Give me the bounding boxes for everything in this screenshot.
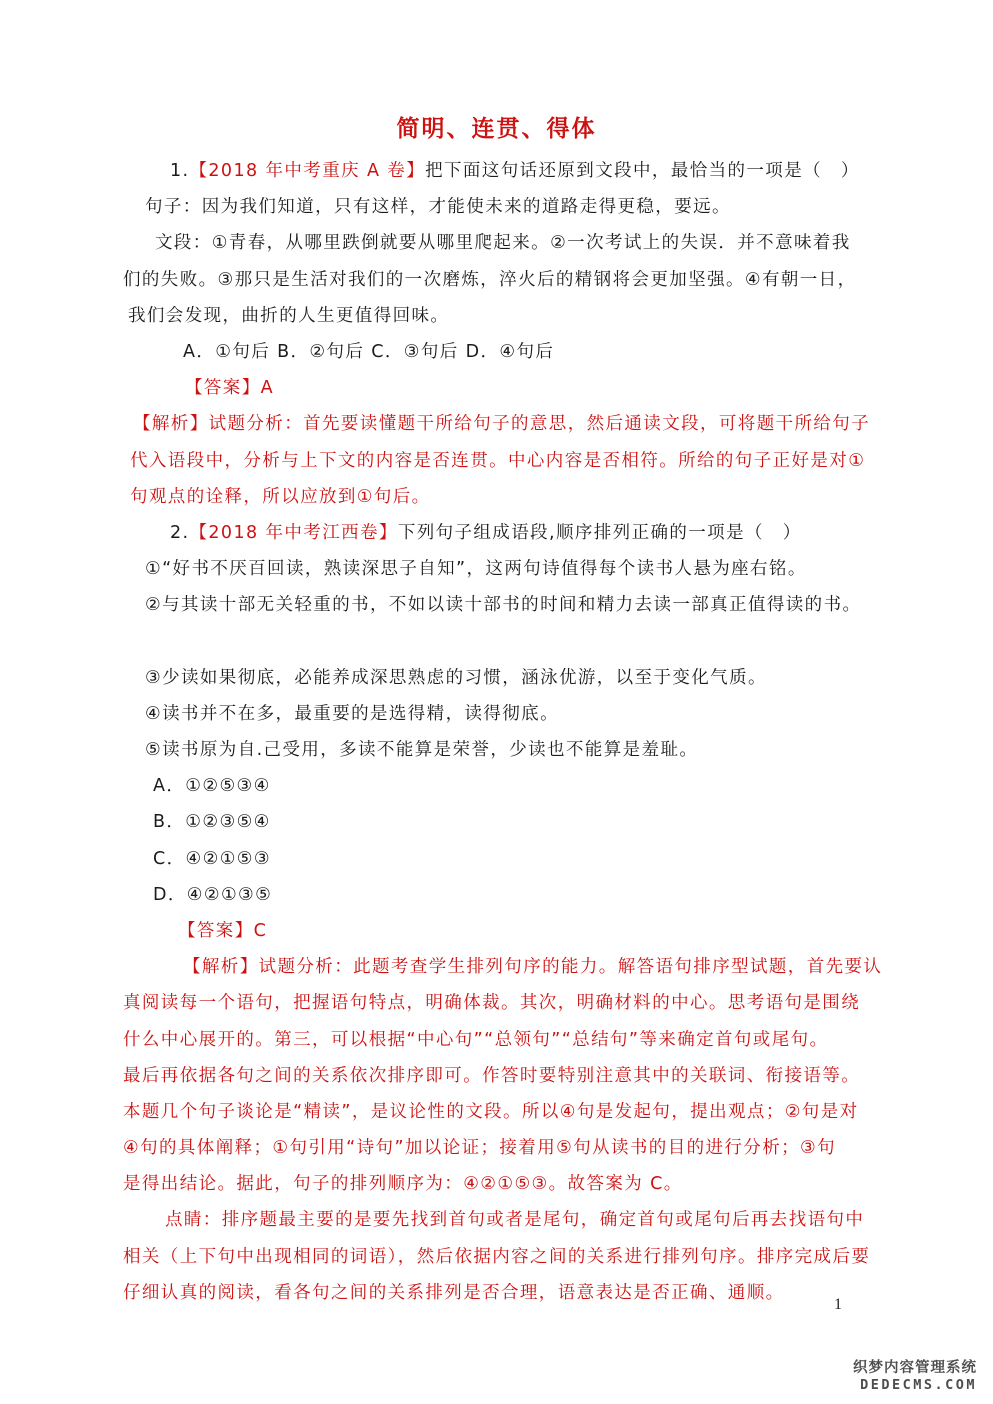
text-line: 我们会发现，曲折的人生更值得回味。 <box>123 298 883 334</box>
text-line: ④读书并不在多，最重要的是选得精，读得彻底。 <box>123 696 883 732</box>
text-segment: 句子：因为我们知道，只有这样，才能使未来的道路走得更稳，要远。 <box>145 197 731 217</box>
blank-line <box>123 623 883 659</box>
text-line: ④句的具体阐释；①句引用“诗句”加以论证；接着用⑤句从读书的目的进行分析；③句 <box>123 1130 883 1166</box>
text-line: 文段：①青春，从哪里跌倒就要从哪里爬起来。②一次考试上的失误．并不意味着我 <box>123 225 883 261</box>
text-line: 句观点的诠释，所以应放到①句后。 <box>123 479 883 515</box>
text-line: ⑤读书原为自.己受用，多读不能算是荣誉，少读也不能算是羞耻。 <box>123 732 883 768</box>
text-line: 真阅读每一个语句，把握语句特点，明确体裁。其次，明确材料的中心。思考语句是围绕 <box>123 985 883 1021</box>
text-line: 【答案】C <box>123 913 883 949</box>
text-segment: D．④②①③⑤ <box>153 885 272 905</box>
text-segment: 本题几个句子谈论是“精读”，是议论性的文段。所以④句是发起句，提出观点；②句是对 <box>123 1102 859 1122</box>
text-segment: ③少读如果彻底，必能养成深思熟虑的习惯，涵泳优游，以至于变化气质。 <box>145 668 767 688</box>
text-segment: ①“好书不厌百回读，熟读深思子自知”，这两句诗值得每个读书人悬为座右铭。 <box>145 559 807 579</box>
text-segment: ⑤读书原为自.己受用，多读不能算是荣誉，少读也不能算是羞耻。 <box>145 740 698 760</box>
text-line: D．④②①③⑤ <box>123 877 883 913</box>
watermark-chinese: 织梦内容管理系统 <box>853 1360 977 1377</box>
text-line: 1.【2018 年中考重庆 A 卷】把下面这句话还原到文段中，最恰当的一项是（ … <box>123 153 883 189</box>
watermark-domain: DEDECMS.COM <box>853 1377 977 1394</box>
text-segment: 是得出结论。据此，句子的排列顺序为：④②①⑤③。故答案为 C。 <box>123 1174 683 1194</box>
text-segment: 【2018 年中考江西卷】 <box>190 523 398 543</box>
document-page: 简明、连贯、得体 1.【2018 年中考重庆 A 卷】把下面这句话还原到文段中，… <box>0 0 993 1404</box>
watermark: 织梦内容管理系统 DEDECMS.COM <box>853 1360 977 1394</box>
text-segment: A．①②⑤③④ <box>153 776 271 796</box>
text-segment: A．①句后 B．②句后 C．③句后 D．④句后 <box>183 342 554 362</box>
text-segment: 【答案】C <box>178 921 267 941</box>
text-segment: 代入语段中，分析与上下文的内容是否连贯。中心内容是否相符。所给的句子正好是对① <box>130 451 865 471</box>
text-line: ①“好书不厌百回读，熟读深思子自知”，这两句诗值得每个读书人悬为座右铭。 <box>123 551 883 587</box>
text-segment: 【解析】试题分析：此题考查学生排列句序的能力。解答语句排序型试题，首先要认 <box>183 957 882 977</box>
text-line: 仔细认真的阅读，看各句之间的关系排列是否合理，语意表达是否正确、通顺。 <box>123 1275 883 1311</box>
text-segment: 什么中心展开的。第三，可以根据“中心句”“总领句”“总结句”等来确定首句或尾句。 <box>123 1030 828 1050</box>
page-title: 简明、连贯、得体 <box>0 110 993 143</box>
text-segment: B．①②③⑤④ <box>153 812 271 832</box>
text-line: A．①句后 B．②句后 C．③句后 D．④句后 <box>123 334 883 370</box>
text-line: 【答案】A <box>123 370 883 406</box>
text-line: 什么中心展开的。第三，可以根据“中心句”“总领句”“总结句”等来确定首句或尾句。 <box>123 1022 883 1058</box>
text-segment: 句观点的诠释，所以应放到①句后。 <box>130 487 431 507</box>
text-line: 本题几个句子谈论是“精读”，是议论性的文段。所以④句是发起句，提出观点；②句是对 <box>123 1094 883 1130</box>
text-line: 是得出结论。据此，句子的排列顺序为：④②①⑤③。故答案为 C。 <box>123 1166 883 1202</box>
text-line: C．④②①⑤③ <box>123 841 883 877</box>
text-line: 相关（上下句中出现相同的词语），然后依据内容之间的关系进行排列句序。排序完成后要 <box>123 1239 883 1275</box>
page-number: 1 <box>818 1296 858 1314</box>
text-segment: 【答案】A <box>185 378 274 398</box>
text-line: 【解析】试题分析：首先要读懂题干所给句子的意思，然后通读文段，可将题干所给句子 <box>123 406 883 442</box>
text-segment: ②与其读十部无关轻重的书，不如以读十部书的时间和精力去读一部真正值得读的书。 <box>145 595 861 615</box>
text-line: ②与其读十部无关轻重的书，不如以读十部书的时间和精力去读一部真正值得读的书。 <box>123 587 883 623</box>
text-segment: 【解析】试题分析：首先要读懂题干所给句子的意思，然后通读文段，可将题干所给句子 <box>133 414 870 434</box>
document-body: 1.【2018 年中考重庆 A 卷】把下面这句话还原到文段中，最恰当的一项是（ … <box>123 153 883 1311</box>
text-line: B．①②③⑤④ <box>123 804 883 840</box>
text-line: ③少读如果彻底，必能养成深思熟虑的习惯，涵泳优游，以至于变化气质。 <box>123 660 883 696</box>
text-segment: 们的失败。③那只是生活对我们的一次磨炼，淬火后的精钢将会更加坚强。④有朝一日， <box>123 270 856 290</box>
text-segment: 把下面这句话还原到文段中，最恰当的一项是（ ） <box>425 161 860 181</box>
text-segment: 1. <box>170 161 190 181</box>
text-line: A．①②⑤③④ <box>123 768 883 804</box>
text-line: 句子：因为我们知道，只有这样，才能使未来的道路走得更稳，要远。 <box>123 189 883 225</box>
text-segment: 2. <box>170 523 190 543</box>
text-segment: C．④②①⑤③ <box>153 849 271 869</box>
text-line: 点睛：排序题最主要的是要先找到首句或者是尾句，确定首句或尾句后再去找语句中 <box>123 1202 883 1238</box>
text-line: 们的失败。③那只是生活对我们的一次磨炼，淬火后的精钢将会更加坚强。④有朝一日， <box>123 262 883 298</box>
text-line: 最后再依据各句之间的关系依次排序即可。作答时要特别注意其中的关联词、衔接语等。 <box>123 1058 883 1094</box>
text-line: 【解析】试题分析：此题考查学生排列句序的能力。解答语句排序型试题，首先要认 <box>123 949 883 985</box>
text-segment: 仔细认真的阅读，看各句之间的关系排列是否合理，语意表达是否正确、通顺。 <box>123 1283 785 1303</box>
text-segment: 【2018 年中考重庆 A 卷】 <box>190 161 426 181</box>
text-segment: ④句的具体阐释；①句引用“诗句”加以论证；接着用⑤句从读书的目的进行分析；③句 <box>123 1138 836 1158</box>
text-segment: 我们会发现，曲折的人生更值得回味。 <box>128 306 449 326</box>
text-segment: 下列句子组成语段,顺序排列正确的一项是（ ） <box>398 523 802 543</box>
text-segment: 文段：①青春，从哪里跌倒就要从哪里爬起来。②一次考试上的失误．并不意味着我 <box>155 233 851 253</box>
text-segment: ④读书并不在多，最重要的是选得精，读得彻底。 <box>145 704 559 724</box>
text-line: 2.【2018 年中考江西卷】下列句子组成语段,顺序排列正确的一项是（ ） <box>123 515 883 551</box>
text-segment: 最后再依据各句之间的关系依次排序即可。作答时要特别注意其中的关联词、衔接语等。 <box>123 1066 860 1086</box>
text-line: 代入语段中，分析与上下文的内容是否连贯。中心内容是否相符。所给的句子正好是对① <box>123 443 883 479</box>
text-segment: 相关（上下句中出现相同的词语），然后依据内容之间的关系进行排列句序。排序完成后要 <box>123 1247 870 1267</box>
text-segment: 点睛：排序题最主要的是要先找到首句或者是尾句，确定首句或尾句后再去找语句中 <box>165 1210 864 1230</box>
text-segment: 真阅读每一个语句，把握语句特点，明确体裁。其次，明确材料的中心。思考语句是围绕 <box>123 993 860 1013</box>
